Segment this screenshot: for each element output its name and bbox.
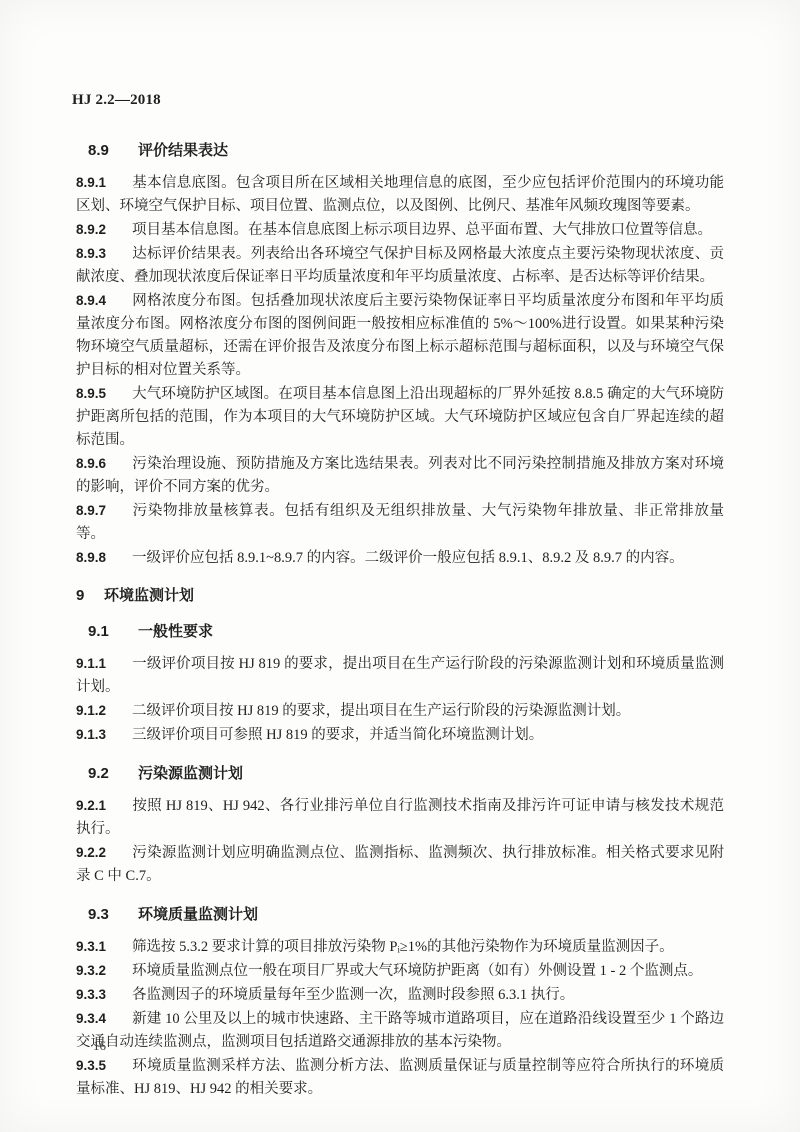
clause-8-9-5: 8.9.5大气环境防护区域图。在项目基本信息图上沿出现超标的厂界外延按 8.8.… (76, 382, 724, 452)
clause-text: 一级评价应包括 8.9.1~8.9.7 的内容。二级评价一般应包括 8.9.1、… (132, 550, 684, 566)
clause-number: 8.9.6 (76, 452, 132, 475)
clause-text: 三级评价项目可参照 HJ 819 的要求，并适当简化环境监测计划。 (132, 727, 543, 743)
clause-number: 9.3.3 (76, 983, 132, 1006)
chapter-title: 环境监测计划 (104, 587, 194, 604)
clause-text: 二级评价项目按 HJ 819 的要求，提出项目在生产运行阶段的污染源监测计划。 (132, 703, 630, 719)
clause-number: 8.9.5 (76, 382, 132, 405)
document-body: 8.9评价结果表达 8.9.1基本信息底图。包含项目所在区域相关地理信息的底图，… (76, 124, 724, 1101)
clause-number: 8.9.2 (76, 218, 132, 241)
clause-text: 一级评价项目按 HJ 819 的要求，提出项目在生产运行阶段的污染源监测计划和环… (76, 656, 724, 695)
clause-8-9-2: 8.9.2项目基本信息图。在基本信息底图上标示项目边界、总平面布置、大气排放口位… (76, 218, 724, 242)
clause-number: 9.3.2 (76, 959, 132, 982)
section-title: 评价结果表达 (138, 142, 228, 159)
clause-number: 9.3.5 (76, 1054, 132, 1077)
section-title: 一般性要求 (138, 623, 213, 640)
section-heading-8-9: 8.9评价结果表达 (88, 142, 724, 160)
clause-text: 大气环境防护区域图。在项目基本信息图上沿出现超标的厂界外延按 8.8.5 确定的… (76, 386, 724, 448)
clause-number: 9.2.1 (76, 794, 132, 817)
clause-8-9-8: 8.9.8一级评价应包括 8.9.1~8.9.7 的内容。二级评价一般应包括 8… (76, 546, 724, 570)
clause-8-9-4: 8.9.4网格浓度分布图。包括叠加现状浓度后主要污染物保证率日平均质量浓度分布图… (76, 289, 724, 382)
page-number: 16 (93, 1038, 106, 1054)
clause-9-2-2: 9.2.2污染源监测计划应明确监测点位、监测指标、监测频次、执行排放标准。相关格… (76, 841, 724, 888)
clause-text: 环境质量监测采样方法、监测分析方法、监测质量保证与质量控制等应符合所执行的环境质… (76, 1058, 724, 1097)
section-number: 8.9 (88, 142, 138, 160)
clause-8-9-3: 8.9.3达标评价结果表。列表给出各环境空气保护目标及网格最大浓度点主要污染物现… (76, 242, 724, 289)
clause-9-3-3: 9.3.3各监测因子的环境质量每年至少监测一次，监测时段参照 6.3.1 执行。 (76, 983, 724, 1007)
clause-text: 按照 HJ 819、HJ 942、各行业排污单位自行监测技术指南及排污许可证申请… (76, 798, 724, 837)
clause-9-1-3: 9.1.3三级评价项目可参照 HJ 819 的要求，并适当简化环境监测计划。 (76, 723, 724, 747)
clause-9-3-1: 9.3.1筛选按 5.3.2 要求计算的项目排放污染物 Pᵢ≥1%的其他污染物作… (76, 935, 724, 959)
chapter-number: 9 (76, 587, 104, 605)
clause-9-2-1: 9.2.1按照 HJ 819、HJ 942、各行业排污单位自行监测技术指南及排污… (76, 794, 724, 841)
clause-text: 新建 10 公里及以上的城市快速路、主干路等城市道路项目，应在道路沿线设置至少 … (76, 1011, 724, 1050)
clause-number: 8.9.3 (76, 242, 132, 265)
section-number: 9.1 (88, 623, 138, 641)
document-page: HJ 2.2—2018 8.9评价结果表达 8.9.1基本信息底图。包含项目所在… (0, 0, 800, 1132)
clause-number: 9.3.4 (76, 1007, 132, 1030)
section-heading-9-1: 9.1一般性要求 (88, 623, 724, 641)
standard-code: HJ 2.2—2018 (72, 92, 161, 109)
clause-number: 8.9.4 (76, 289, 132, 312)
clause-8-9-1: 8.9.1基本信息底图。包含项目所在区域相关地理信息的底图，至少应包括评价范围内… (76, 171, 724, 218)
clause-number: 8.9.8 (76, 546, 132, 569)
section-number: 9.2 (88, 765, 138, 783)
chapter-heading-9: 9环境监测计划 (76, 587, 724, 605)
clause-text: 网格浓度分布图。包括叠加现状浓度后主要污染物保证率日平均质量浓度分布图和年平均质… (76, 293, 724, 378)
clause-number: 9.3.1 (76, 935, 132, 958)
clause-8-9-7: 8.9.7污染物排放量核算表。包括有组织及无组织排放量、大气污染物年排放量、非正… (76, 499, 724, 546)
clause-number: 9.1.1 (76, 652, 132, 675)
clause-9-3-4: 9.3.4新建 10 公里及以上的城市快速路、主干路等城市道路项目，应在道路沿线… (76, 1007, 724, 1054)
section-title: 污染源监测计划 (138, 765, 243, 782)
clause-9-1-1: 9.1.1一级评价项目按 HJ 819 的要求，提出项目在生产运行阶段的污染源监… (76, 652, 724, 699)
clause-text: 污染物排放量核算表。包括有组织及无组织排放量、大气污染物年排放量、非正常排放量等… (76, 503, 724, 542)
clause-number: 9.2.2 (76, 841, 132, 864)
clause-8-9-6: 8.9.6污染治理设施、预防措施及方案比选结果表。列表对比不同污染控制措施及排放… (76, 452, 724, 499)
clause-text: 污染源监测计划应明确监测点位、监测指标、监测频次、执行排放标准。相关格式要求见附… (76, 845, 724, 884)
clause-9-3-2: 9.3.2环境质量监测点位一般在项目厂界或大气环境防护距离（如有）外侧设置 1 … (76, 959, 724, 983)
clause-text: 项目基本信息图。在基本信息底图上标示项目边界、总平面布置、大气排放口位置等信息。 (132, 222, 712, 238)
section-heading-9-3: 9.3环境质量监测计划 (88, 906, 724, 924)
section-title: 环境质量监测计划 (138, 906, 258, 923)
clause-text: 达标评价结果表。列表给出各环境空气保护目标及网格最大浓度点主要污染物现状浓度、贡… (76, 246, 724, 285)
clause-text: 各监测因子的环境质量每年至少监测一次，监测时段参照 6.3.1 执行。 (132, 987, 574, 1003)
section-number: 9.3 (88, 906, 138, 924)
clause-text: 筛选按 5.3.2 要求计算的项目排放污染物 Pᵢ≥1%的其他污染物作为环境质量… (132, 939, 674, 955)
section-heading-9-2: 9.2污染源监测计划 (88, 765, 724, 783)
clause-text: 基本信息底图。包含项目所在区域相关地理信息的底图，至少应包括评价范围内的环境功能… (76, 175, 724, 214)
clause-text: 污染治理设施、预防措施及方案比选结果表。列表对比不同污染控制措施及排放方案对环境… (76, 456, 724, 495)
clause-number: 9.1.3 (76, 723, 132, 746)
clause-number: 9.1.2 (76, 699, 132, 722)
clause-text: 环境质量监测点位一般在项目厂界或大气环境防护距离（如有）外侧设置 1 - 2 个… (132, 963, 702, 979)
clause-9-1-2: 9.1.2二级评价项目按 HJ 819 的要求，提出项目在生产运行阶段的污染源监… (76, 699, 724, 723)
clause-9-3-5: 9.3.5环境质量监测采样方法、监测分析方法、监测质量保证与质量控制等应符合所执… (76, 1054, 724, 1101)
clause-number: 8.9.1 (76, 171, 132, 194)
clause-number: 8.9.7 (76, 499, 132, 522)
